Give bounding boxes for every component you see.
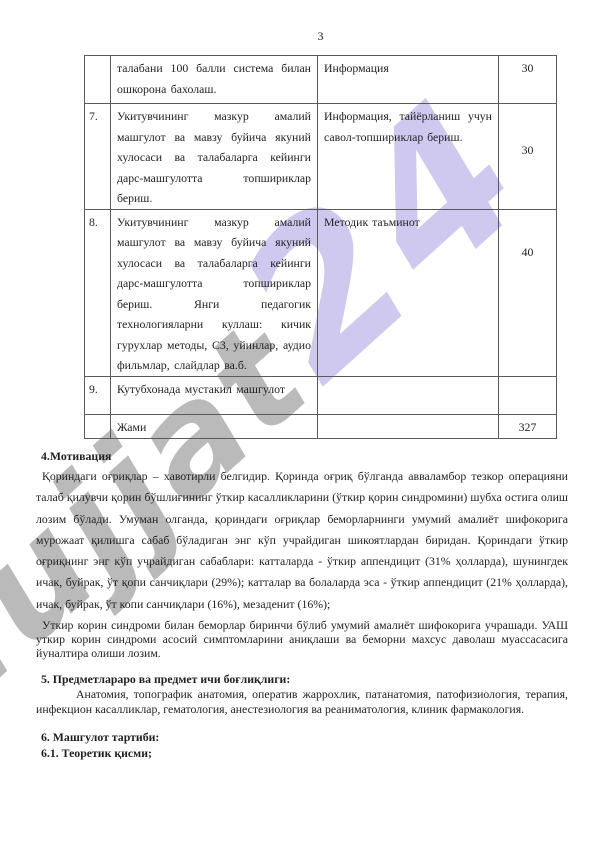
table-row: талабани 100 балли система билан ошкорон… xyxy=(85,56,557,104)
subjects-paragraph: Анатомия, топографик анатомия, оператив … xyxy=(36,687,568,717)
table-row: 9. Кутубхонада мустакил машгулот xyxy=(85,376,557,414)
cell-activity: Укитувчининг мазкур амалий машгулот ва м… xyxy=(111,104,318,210)
cell-score xyxy=(499,376,557,414)
cell-activity: Укитувчининг мазкур амалий машгулот ва м… xyxy=(111,209,318,376)
cell-method: Методик таъминот xyxy=(318,209,499,376)
cell-score: 30 xyxy=(499,56,557,104)
cell-method: Информация, тайёрланиш учун савол-топшир… xyxy=(318,104,499,210)
cell-activity: Кутубхонада мустакил машгулот xyxy=(111,376,318,414)
cell-total-label: Жами xyxy=(111,414,318,438)
motivation-paragraph-2: Уткир корин синдроми билан беморлар бири… xyxy=(36,619,568,660)
score-table: талабани 100 балли система билан ошкорон… xyxy=(84,55,557,439)
document-page: 3 талабани 100 балли система билан ошкор… xyxy=(0,0,596,842)
cell-method: Информация xyxy=(318,56,499,104)
table-row-total: Жами 327 xyxy=(85,414,557,438)
cell-row-number: 8. xyxy=(85,209,111,376)
section-order-heading: 6. Машгулот тартиби: xyxy=(36,729,568,745)
section-subjects-heading: 5. Предметлараро ва предмет ичи боғлиқли… xyxy=(36,671,568,687)
cell-score: 30 xyxy=(499,104,557,210)
page-number: 3 xyxy=(0,29,596,44)
table-row: 7. Укитувчининг мазкур амалий машгулот в… xyxy=(85,104,557,210)
document-body: 4.Мотивация Қориндаги оғриқлар – хавотир… xyxy=(36,448,568,761)
cell-row-number xyxy=(85,56,111,104)
cell-method xyxy=(318,376,499,414)
table-row: 8. Укитувчининг мазкур амалий машгулот в… xyxy=(85,209,557,376)
cell-method xyxy=(318,414,499,438)
cell-activity: талабани 100 балли система билан ошкорон… xyxy=(111,56,318,104)
cell-row-number xyxy=(85,414,111,438)
cell-row-number: 9. xyxy=(85,376,111,414)
section-order-subheading: 6.1. Теоретик қисми; xyxy=(36,745,568,761)
motivation-paragraph-1: Қориндаги оғриқлар – хавотирли белгидир.… xyxy=(36,466,568,615)
section-motivation-heading: 4.Мотивация xyxy=(36,448,568,464)
cell-row-number: 7. xyxy=(85,104,111,210)
cell-total-score: 327 xyxy=(499,414,557,438)
cell-score: 40 xyxy=(499,209,557,376)
